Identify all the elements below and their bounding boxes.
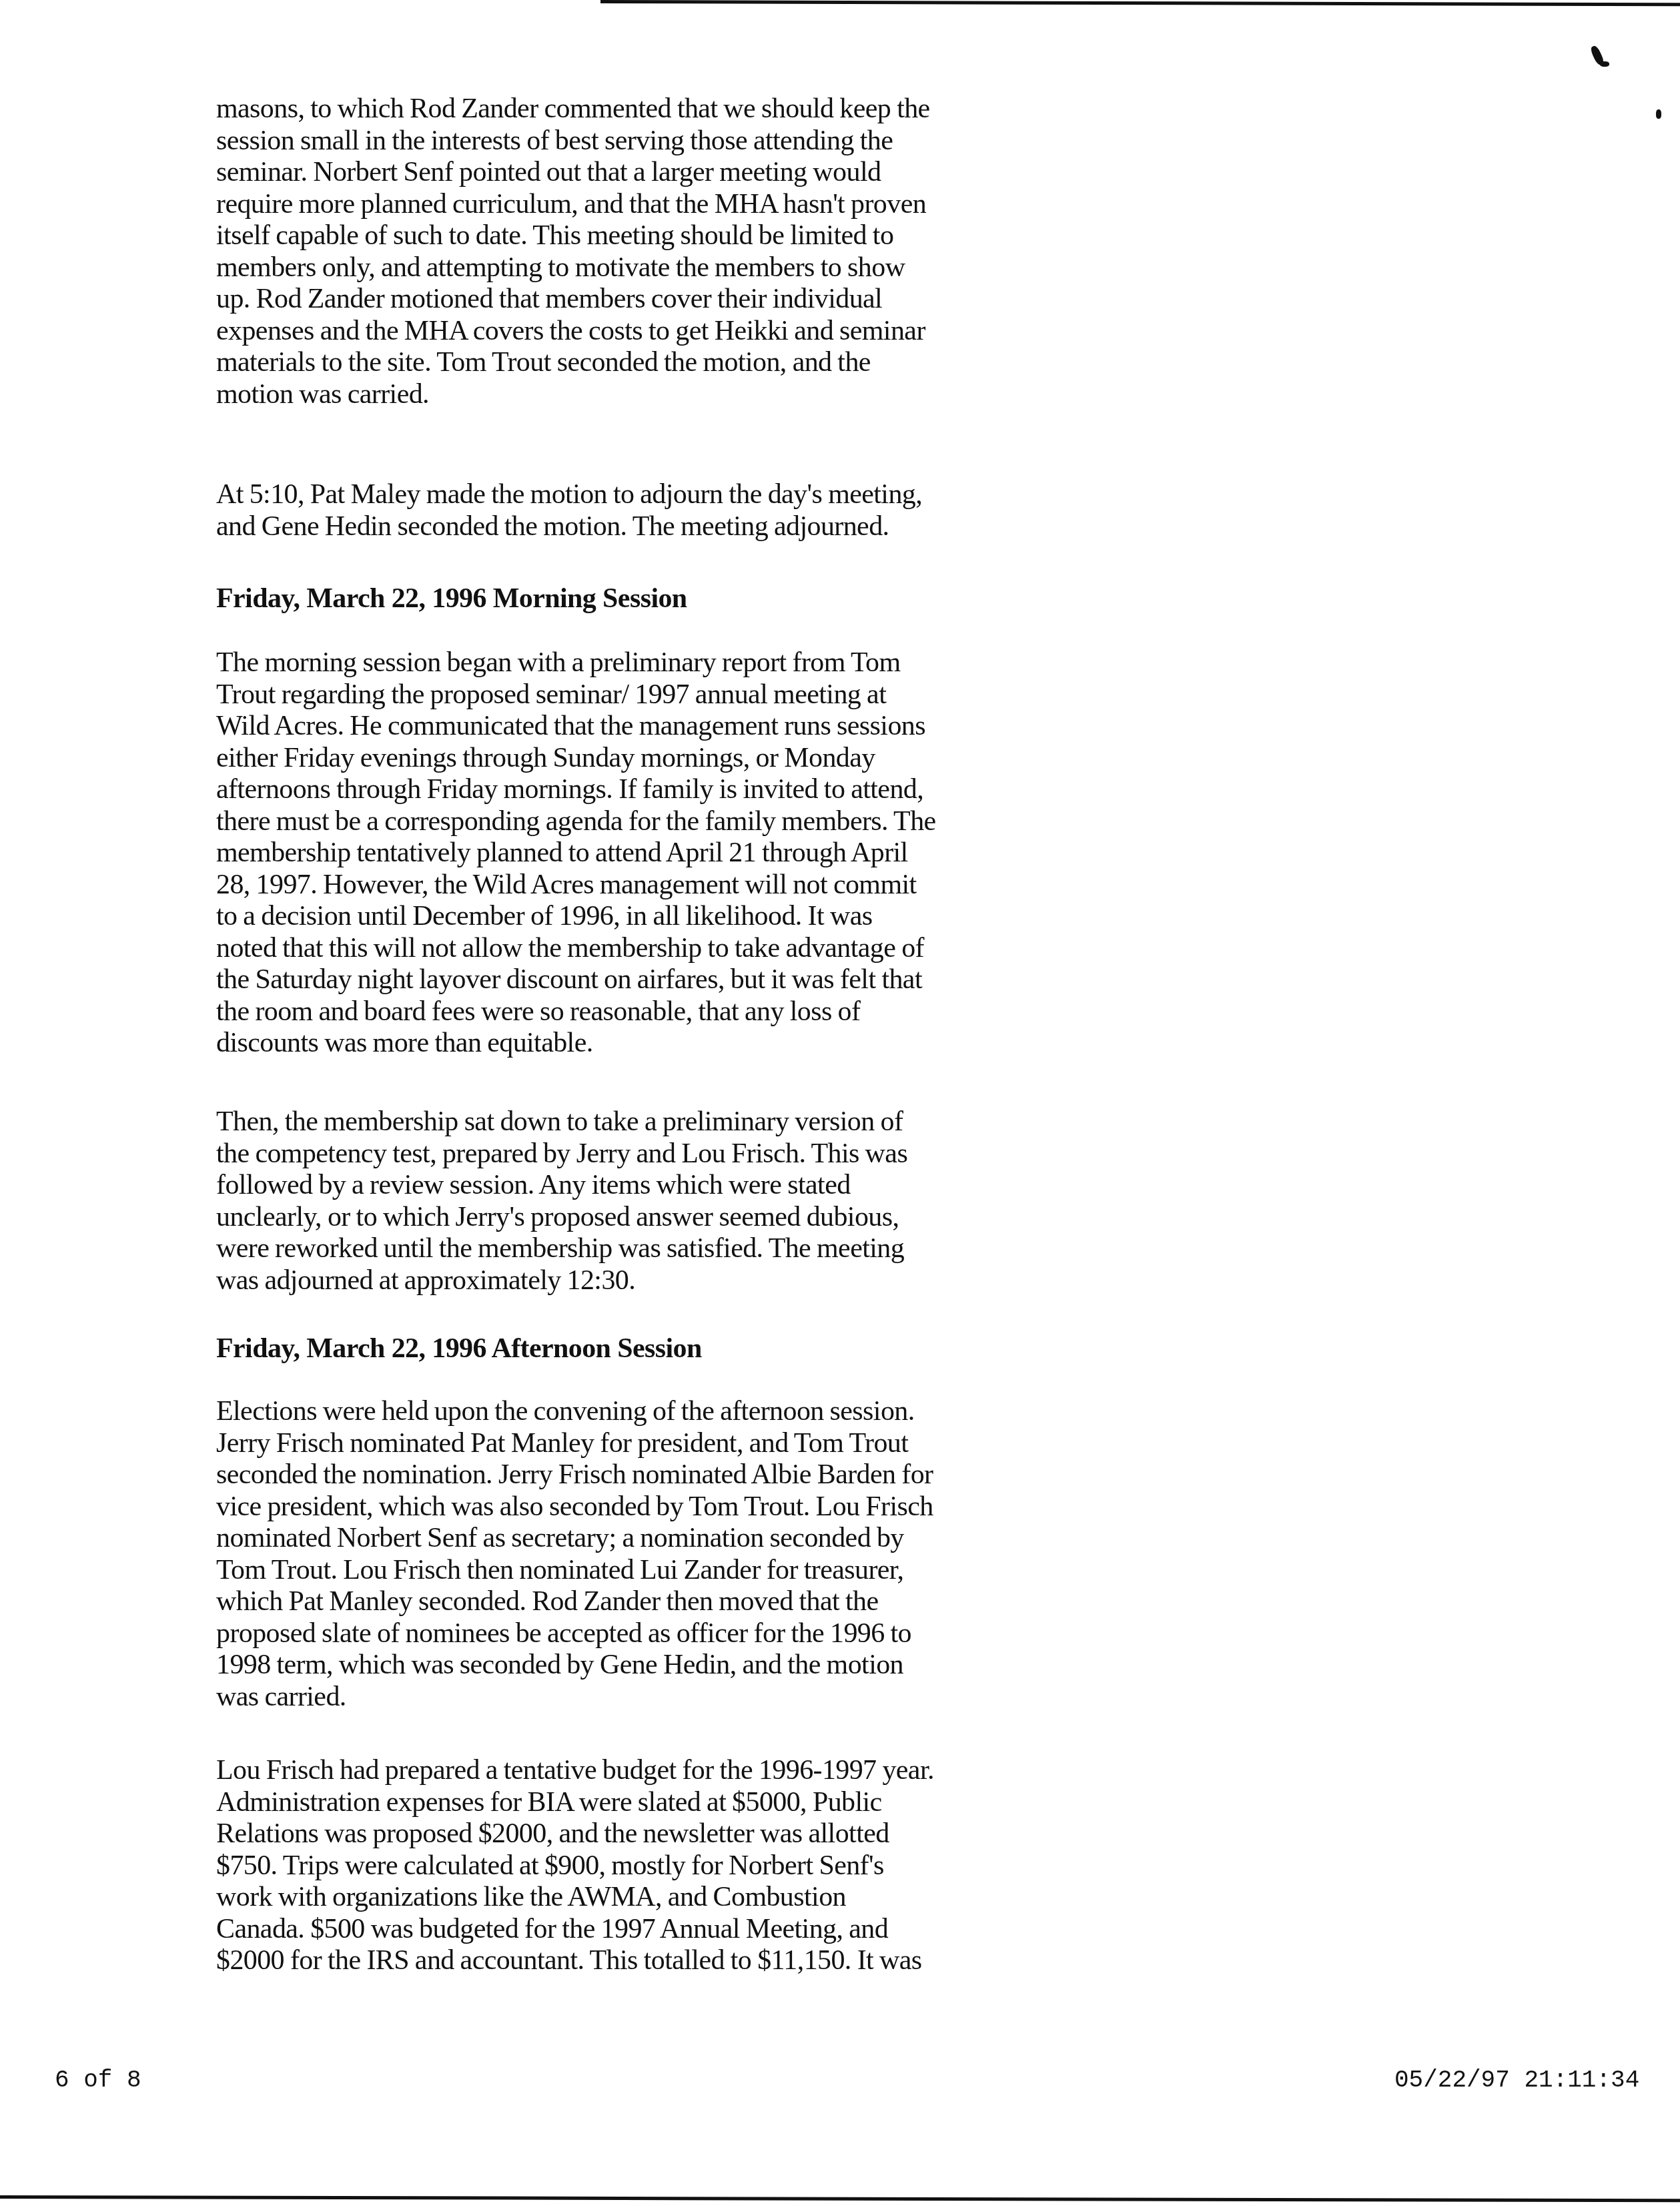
paragraph-adjournment-5-10: At 5:10, Pat Maley made the motion to ad… — [216, 479, 990, 542]
paragraph-competency-test: Then, the membership sat down to take a … — [216, 1106, 990, 1297]
paragraph-elections: Elections were held upon the convening o… — [216, 1396, 990, 1713]
heading-morning-session: Friday, March 22, 1996 Morning Session — [216, 582, 687, 615]
print-timestamp: 05/22/97 21:11:34 — [1394, 2067, 1639, 2094]
scan-artifact-mark — [1600, 61, 1609, 67]
paragraph-masons-discussion: masons, to which Rod Zander commented th… — [216, 93, 990, 410]
paragraph-budget: Lou Frisch had prepared a tentative budg… — [216, 1755, 990, 1977]
scan-artifact-mark — [1656, 109, 1661, 119]
scan-page-edge-bottom — [0, 2195, 1680, 2202]
scan-page-edge-top — [600, 0, 1680, 6]
heading-afternoon-session: Friday, March 22, 1996 Afternoon Session — [216, 1332, 702, 1365]
page-indicator: 6 of 8 — [55, 2067, 141, 2094]
paragraph-wild-acres-report: The morning session began with a prelimi… — [216, 647, 990, 1060]
